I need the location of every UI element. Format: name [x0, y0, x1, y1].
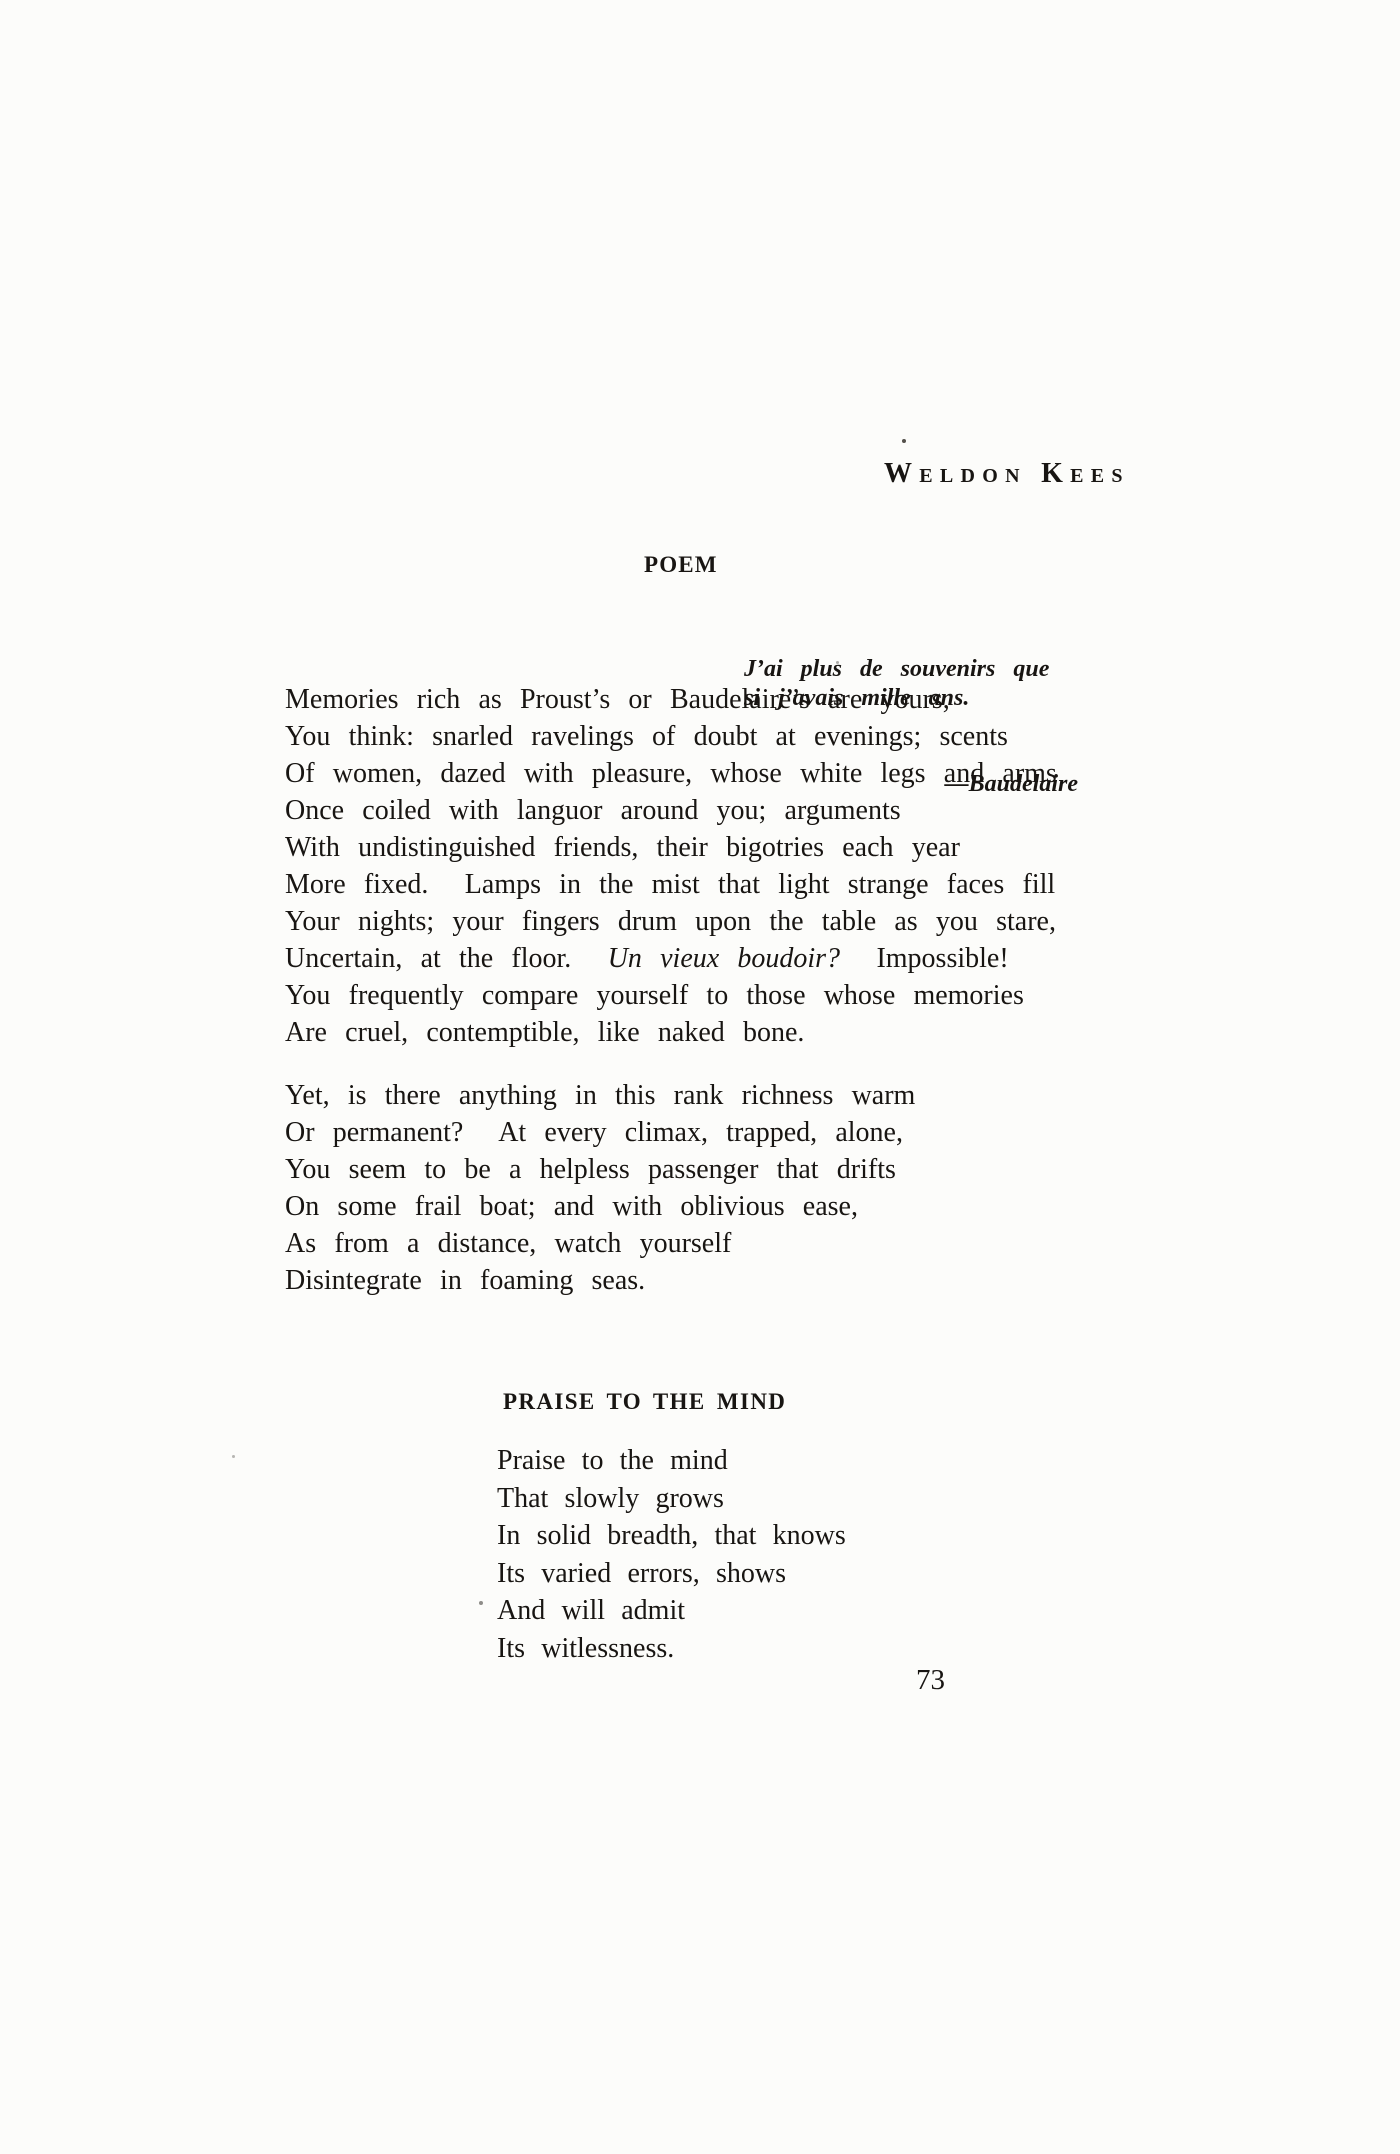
scan-speck	[232, 1455, 235, 1458]
poem-line: Memories rich as Proust’s or Baudelaire’…	[285, 681, 1095, 718]
poem-stanza-2: Yet, is there anything in this rank rich…	[285, 1077, 1095, 1299]
epigraph-line: J’ai plus de souvenirs que	[744, 655, 1078, 684]
poem-line: Are cruel, contemptible, like naked bone…	[285, 1014, 1095, 1051]
section-title-praise-to-the-mind: PRAISE TO THE MIND	[503, 1389, 786, 1415]
poem-line: Its witlessness.	[497, 1630, 846, 1668]
poem-line: On some frail boat; and with oblivious e…	[285, 1188, 1095, 1225]
poem-line: In solid breadth, that knows	[497, 1517, 846, 1555]
poem-line: Yet, is there anything in this rank rich…	[285, 1077, 1095, 1114]
poem-line: Uncertain, at the floor. Un vieux boudoi…	[285, 940, 1095, 977]
poem-line: You frequently compare yourself to those…	[285, 977, 1095, 1014]
poem-line: And will admit	[497, 1592, 846, 1630]
book-page: Weldon Kees POEM J’ai plus de souvenirs …	[0, 0, 1400, 2154]
poem-line: As from a distance, watch yourself	[285, 1225, 1095, 1262]
poem-line: Its varied errors, shows	[497, 1555, 846, 1593]
poem-title: POEM	[644, 552, 718, 578]
poem-stanza-1: Memories rich as Proust’s or Baudelaire’…	[285, 681, 1095, 1051]
poem-line: That slowly grows	[497, 1480, 846, 1518]
poem-line: Your nights; your fingers drum upon the …	[285, 903, 1095, 940]
poem-line: Disintegrate in foaming seas.	[285, 1262, 1095, 1299]
scan-speck	[836, 661, 839, 664]
poem-line: With undistinguished friends, their bigo…	[285, 829, 1095, 866]
page-header-author: Weldon Kees	[884, 458, 1130, 490]
poem-line: Once coiled with languor around you; arg…	[285, 792, 1095, 829]
poem-line: You think: snarled ravelings of doubt at…	[285, 718, 1095, 755]
poem-line: Of women, dazed with pleasure, whose whi…	[285, 755, 1095, 792]
poem-praise-lines: Praise to the mindThat slowly growsIn so…	[497, 1442, 846, 1667]
poem-line: Praise to the mind	[497, 1442, 846, 1480]
poem-line: You seem to be a helpless passenger that…	[285, 1151, 1095, 1188]
poem-line: More fixed. Lamps in the mist that light…	[285, 866, 1095, 903]
scan-speck	[902, 439, 906, 443]
poem-line: Or permanent? At every climax, trapped, …	[285, 1114, 1095, 1151]
scan-speck	[479, 1601, 483, 1605]
page-number: 73	[916, 1664, 945, 1697]
